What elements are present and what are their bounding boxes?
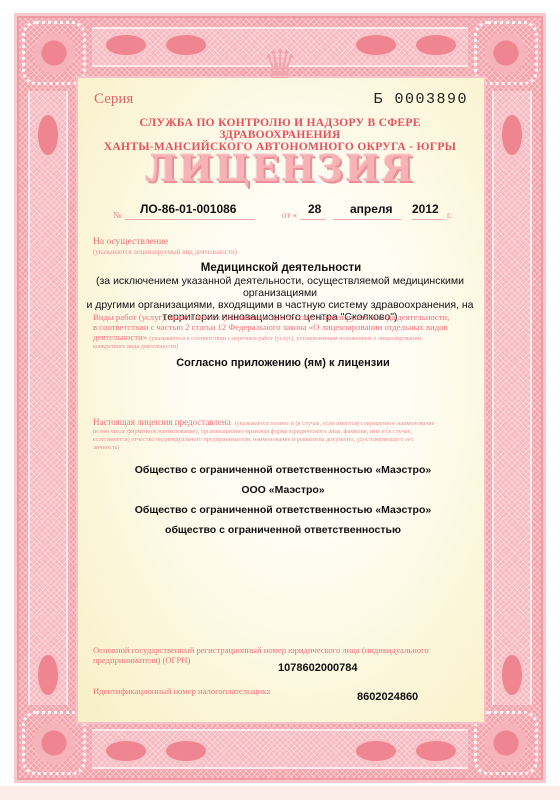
licensee-label-hint: если имеется) отчество индивидуального п… [93,436,485,444]
ornament-icon [354,739,398,763]
works-label-main: деятельности» [93,332,147,342]
licensee-full-name: Общество с ограниченной ответственностью… [80,460,486,480]
activity-description-line: (за исключением указанной деятельности, … [74,275,486,299]
activity-label: На осуществление [93,237,168,248]
ogrn-label-line: Основной государственный регистрационный… [93,645,485,655]
ornament-icon [36,113,60,157]
works-value: Согласно приложению (ям) к лицензии [80,357,486,369]
year-underline [412,219,444,220]
ogrn-value: 1078602000784 [278,662,358,674]
year-suffix: г. [447,210,452,220]
ornament-icon [500,113,524,157]
licensee-brand-name: Общество с ограниченной ответственностью… [80,500,486,520]
ornament-icon [104,33,148,57]
licensee-legal-form: общество с ограниченной ответственностью [80,520,486,540]
licensee-label-main: Настоящая лицензия предоставлена [93,417,231,427]
licensee-names: Общество с ограниченной ответственностью… [80,460,486,540]
ornament-icon [164,739,208,763]
number-underline [125,219,255,220]
series-label: Серия [94,91,133,108]
licensee-label: Настоящая лицензия предоставлена (указыв… [93,417,485,452]
ornament-icon [414,739,458,763]
corner-ornament-icon [22,711,86,775]
document-title: ЛИЦЕНЗИЯ [80,148,480,190]
license-document: ♛ Серия Б 0003890 СЛУЖБА ПО КОНТРОЛЮ И Н… [0,0,560,800]
ornament-icon [500,653,524,697]
works-label-line: деятельности» (указываются в соответстви… [93,332,485,343]
activity-hint: (указывается лицензируемый вид деятельно… [93,248,237,256]
license-year: 2012 [412,202,439,216]
month-underline [333,219,401,220]
day-underline [300,219,326,220]
works-label-hint: конкретного вида деятельности) [93,343,485,351]
agency-line-1: СЛУЖБА ПО КОНТРОЛЮ И НАДЗОРУ В СФЕРЕ ЗДР… [80,117,480,141]
date-label: от « [282,210,297,220]
ornament-icon [36,653,60,697]
ornament-icon [164,33,208,57]
licensee-label-hint: (в том числе фирменное наименование), ор… [93,428,485,436]
license-month: апреля [350,202,393,216]
inn-value: 8602024860 [357,691,418,703]
license-number-row: № ЛО-86-01-001086 от « 28 апреля 2012 г. [0,202,560,222]
activity-title: Медицинской деятельности [78,262,484,274]
corner-ornament-icon [22,21,86,85]
inn-label: Идентификационный номер налогоплательщик… [93,686,270,697]
works-label-hint: (указываются в соответствии с перечнем р… [149,335,421,342]
series-number: Б 0003890 [373,91,468,108]
licensee-label-hint: (указывается полное и (в случае, если им… [235,420,435,427]
number-label: № [113,210,122,220]
license-day: 28 [308,202,321,216]
works-label-line: в соответствии с частью 2 статьи 12 Феде… [93,322,485,332]
corner-ornament-icon [474,21,538,85]
border-band-right [492,91,532,705]
page-bottom-margin [0,786,560,800]
works-label-line: Виды работ (услуг), выполняемых (оказыва… [93,312,485,322]
border-band-bottom [92,729,468,769]
ornament-icon [354,33,398,57]
licensee-short-name: ООО «Маэстро» [80,480,486,500]
activity-description-line: и другими организациями, входящими в час… [74,299,486,311]
license-number: ЛО-86-01-001086 [140,202,236,216]
licensee-label-hint: личность) [93,444,485,452]
double-headed-eagle-emblem-icon: ♛ [255,40,305,90]
border-band-left [28,91,68,705]
ornament-icon [414,33,458,57]
ornament-icon [104,739,148,763]
works-label: Виды работ (услуг), выполняемых (оказыва… [93,312,485,351]
